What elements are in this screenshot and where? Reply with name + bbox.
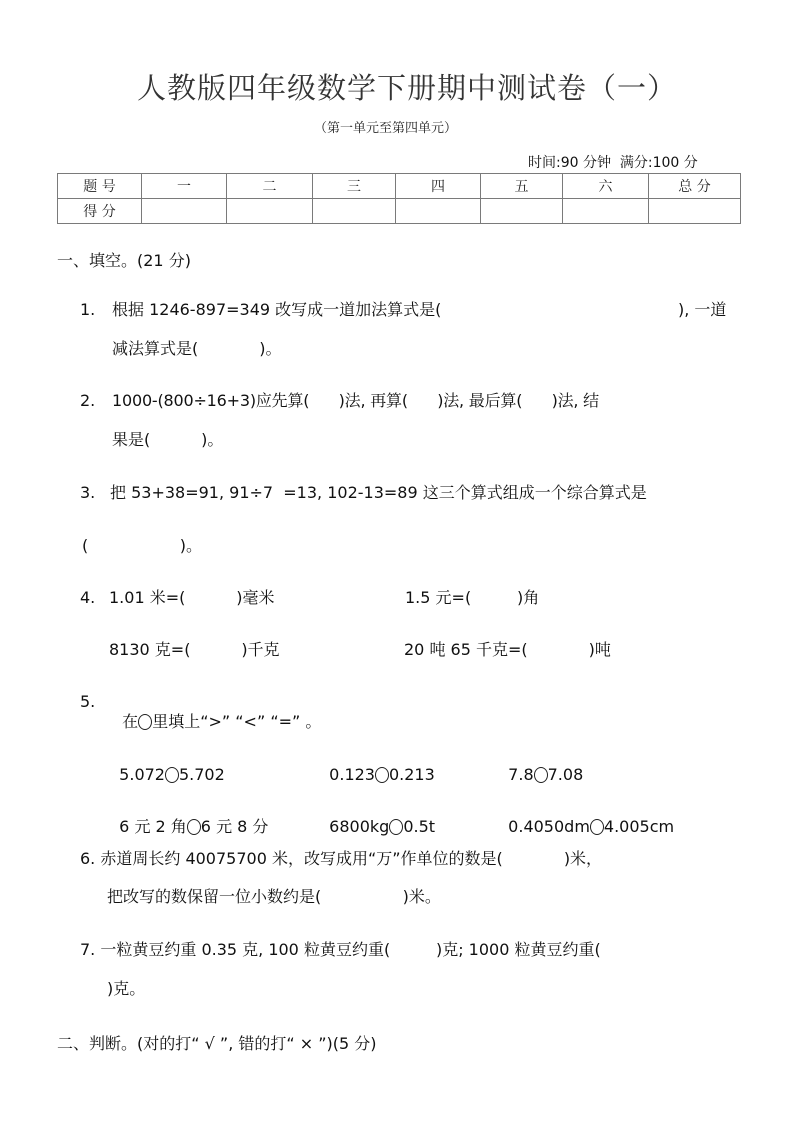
q5-instruction-post: 里填上“>” “<” “=” 。 (152, 712, 321, 731)
comparison-left: 5.072 (119, 765, 165, 784)
comparison-left: 7.8 (508, 765, 533, 784)
score-cell-1[interactable] (142, 199, 227, 224)
q2-number: 2. (80, 391, 95, 411)
comparison-right: 5.702 (179, 765, 225, 784)
header-cell-4: 四 (396, 174, 481, 199)
q1-line2: 减法算式是( )。 (112, 339, 282, 359)
q6-line1: 6. 赤道周长约 40075700 米，改写成用“万”作单位的数是( )米， (80, 849, 602, 869)
answer-circle-icon[interactable] (375, 767, 389, 783)
score-cell-6[interactable] (563, 199, 649, 224)
q4-item-1: 1.01 米=( )毫米 (109, 588, 274, 608)
header-cell-2: 二 (227, 174, 313, 199)
q3-number: 3. (80, 483, 95, 503)
q5-comparison-1: 5.0725.702 (109, 745, 225, 785)
score-cell-total[interactable] (649, 199, 741, 224)
q7-line2: )克。 (107, 979, 145, 999)
q5-comparison-5: 6800kg0.5t (319, 797, 435, 837)
q5-number: 5. (80, 692, 95, 712)
q5-instruction-pre: 在 (122, 712, 138, 731)
comparison-left: 0.4050dm (508, 817, 590, 836)
q4-item-4: 20 吨 65 千克=( )吨 (404, 640, 611, 660)
q2-line1: 1000-(800÷16+3)应先算( )法, 再算( )法, 最后算( )法,… (112, 391, 599, 411)
score-table-score-row: 得 分 (58, 199, 741, 224)
circle-icon (138, 714, 152, 730)
score-cell-2[interactable] (227, 199, 313, 224)
score-table-header-row: 题 号 一 二 三 四 五 六 总 分 (58, 174, 741, 199)
comparison-left: 6800kg (329, 817, 389, 836)
comparison-right: 4.005cm (604, 817, 674, 836)
answer-circle-icon[interactable] (590, 819, 604, 835)
answer-circle-icon[interactable] (187, 819, 201, 835)
answer-circle-icon[interactable] (165, 767, 179, 783)
time-and-score-info: 时间:90 分钟 满分:100 分 (528, 152, 698, 172)
q3-line2: ( )。 (82, 536, 202, 556)
header-cell-total: 总 分 (649, 174, 741, 199)
q5-comparison-6: 0.4050dm4.005cm (498, 797, 674, 837)
page-subtitle: （第一单元至第四单元） (314, 117, 457, 136)
score-cell-5[interactable] (481, 199, 563, 224)
q1-line1: 根据 1246-897=349 改写成一道加法算式是( (112, 300, 441, 320)
q5-instruction: 在里填上“>” “<” “=” 。 (112, 692, 321, 732)
comparison-right: 0.5t (403, 817, 435, 836)
comparison-right: 7.08 (548, 765, 584, 784)
header-cell-1: 一 (142, 174, 227, 199)
comparison-right: 6 元 8 分 (201, 817, 269, 836)
q2-line2: 果是( )。 (112, 430, 223, 450)
q1-line1-end: ), 一道 (678, 300, 726, 320)
header-cell-question-number: 题 号 (58, 174, 142, 199)
q3-line1: 把 53+38=91, 91÷7 =13, 102-13=89 这三个算式组成一… (110, 483, 647, 503)
page-title: 人教版四年级数学下册期中测试卷（一） (137, 66, 677, 107)
score-cell-3[interactable] (313, 199, 396, 224)
answer-circle-icon[interactable] (389, 819, 403, 835)
score-row-label: 得 分 (58, 199, 142, 224)
section-1-heading: 一、填空。(21 分) (57, 248, 191, 271)
answer-circle-icon[interactable] (534, 767, 548, 783)
q5-comparison-2: 0.1230.213 (319, 745, 435, 785)
comparison-right: 0.213 (389, 765, 435, 784)
q4-number: 4. (80, 588, 95, 608)
q4-item-3: 8130 克=( )千克 (109, 640, 280, 660)
header-cell-5: 五 (481, 174, 563, 199)
q1-number: 1. (80, 300, 95, 320)
comparison-left: 6 元 2 角 (119, 817, 187, 836)
q5-comparison-3: 7.87.08 (498, 745, 583, 785)
score-table: 题 号 一 二 三 四 五 六 总 分 得 分 (57, 173, 741, 224)
q6-line2: 把改写的数保留一位小数约是( )米。 (107, 887, 441, 907)
header-cell-6: 六 (563, 174, 649, 199)
header-cell-3: 三 (313, 174, 396, 199)
section-2-heading: 二、判断。(对的打“ √ ”, 错的打“ × ”)(5 分) (57, 1031, 377, 1054)
q5-comparison-4: 6 元 2 角6 元 8 分 (109, 797, 268, 837)
q4-item-2: 1.5 元=( )角 (405, 588, 539, 608)
comparison-left: 0.123 (329, 765, 375, 784)
q7-line1: 7. 一粒黄豆约重 0.35 克, 100 粒黄豆约重( )克; 1000 粒黄… (80, 940, 601, 960)
score-cell-4[interactable] (396, 199, 481, 224)
